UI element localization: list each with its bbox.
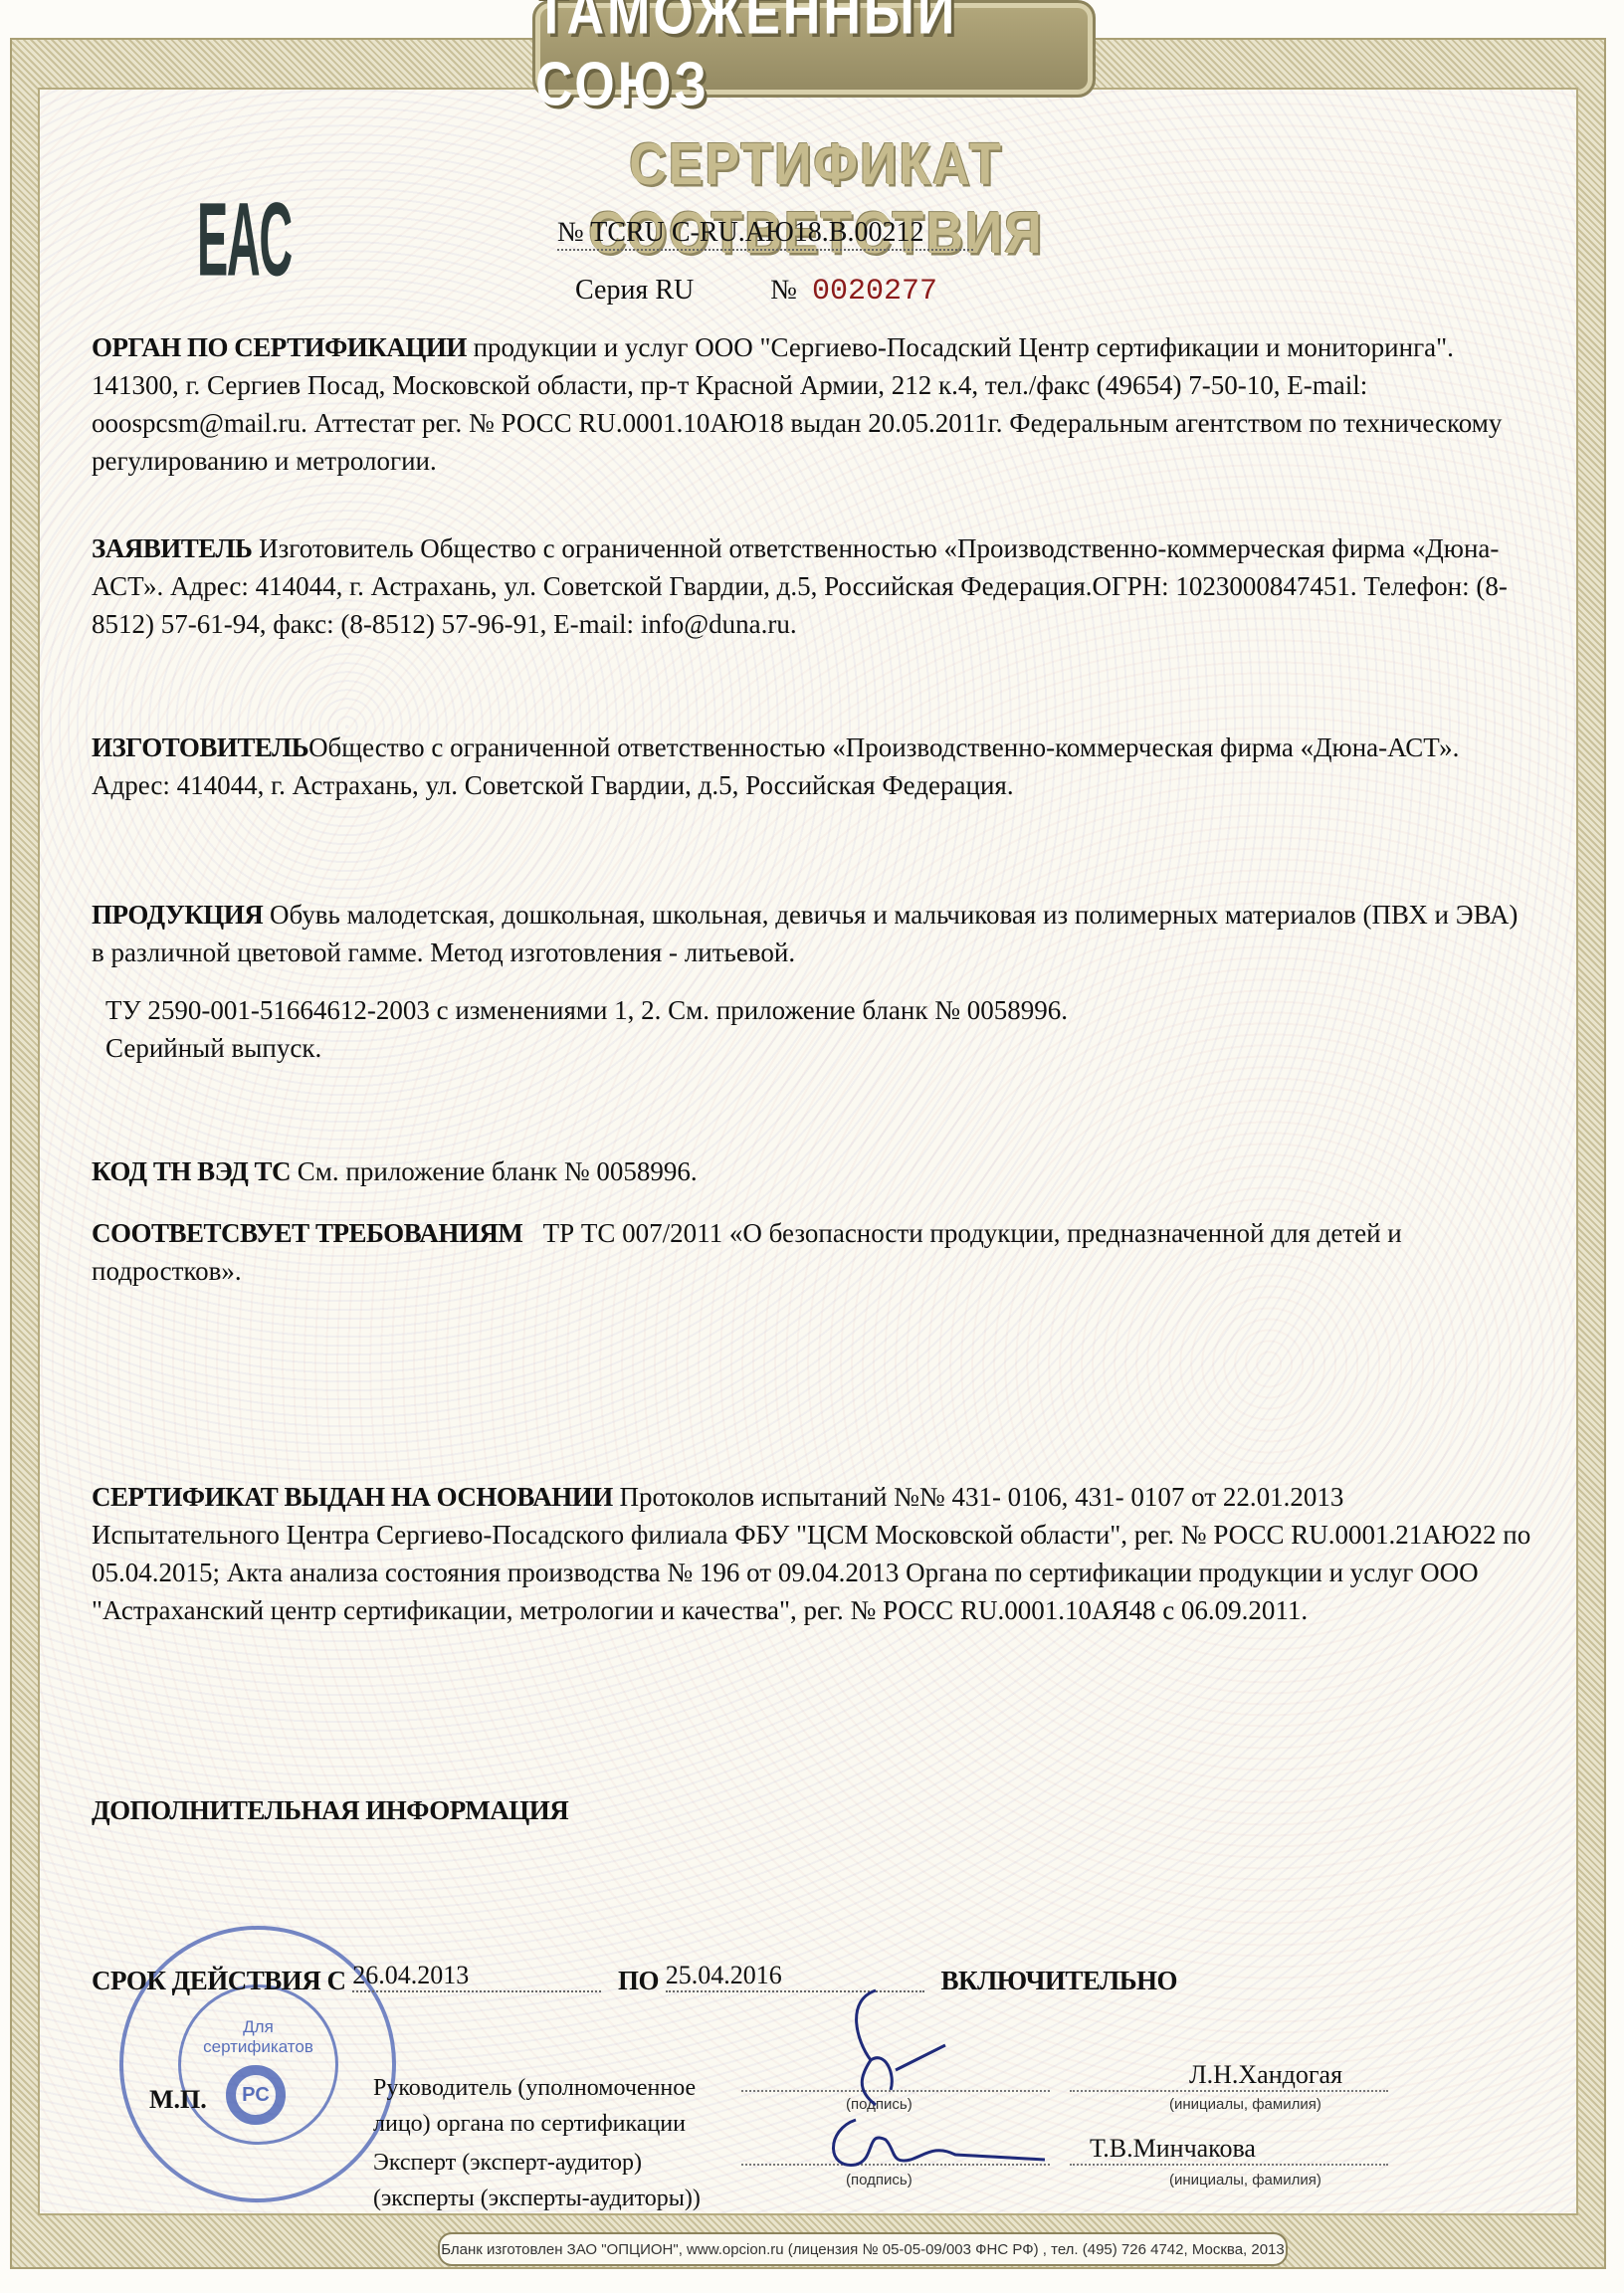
validity-period: СРОК ДЕЙСТВИЯ С 26.04.2013 ПО 25.04.2016… [92, 1966, 1534, 1998]
section-additional-info: ДОПОЛНИТЕЛЬНАЯ ИНФОРМАЦИЯ [92, 1791, 1534, 1829]
series-line: Серия RU № 0020277 [575, 275, 937, 309]
section-product: ПРОДУКЦИЯ Обувь малодетская, дошкольная,… [92, 896, 1534, 1067]
seal-place-label: М.П. [149, 2085, 207, 2115]
head-role-line-2: лицо) органа по сертификации [373, 2106, 696, 2142]
stamp-line-2: сертификатов [181, 2037, 335, 2057]
head-name-line [1070, 2090, 1388, 2092]
blank-number: 0020277 [812, 275, 937, 309]
expert-signature-icon [816, 2110, 1055, 2180]
customs-union-banner: ТАМОЖЕННЫЙ СОЮЗ [532, 0, 1096, 98]
expert-role-line-2: (эксперты (эксперты-аудиторы)) [373, 2181, 701, 2216]
name-caption: (инициалы, фамилия) [1169, 2172, 1321, 2189]
section-label: СЕРТИФИКАТ ВЫДАН НА ОСНОВАНИИ [92, 1482, 613, 1512]
head-role: Руководитель (уполномоченное лицо) орган… [373, 2070, 696, 2142]
head-signature-icon [816, 1980, 995, 2120]
stamp-text: Для сертификатов [181, 2017, 335, 2057]
section-text: Обувь малодетская, дошкольная, школьная,… [92, 900, 1518, 967]
section-label: ЗАЯВИТЕЛЬ [92, 533, 252, 563]
certificate-number: № TCRU C-RU.АЮ18.В.00212 [557, 217, 973, 251]
expert-name-line [1070, 2164, 1388, 2166]
stamp-inner-ring: Для сертификатов PC [178, 1984, 338, 2145]
section-label: ИЗГОТОВИТЕЛЬ [92, 732, 308, 762]
form-printer-footer: Бланк изготовлен ЗАО "ОПЦИОН", www.opcio… [438, 2232, 1288, 2266]
section-label: КОД ТН ВЭД ТС [92, 1156, 291, 1186]
expert-role-line-1: Эксперт (эксперт-аудитор) [373, 2145, 701, 2181]
blank-number-label: № [770, 275, 797, 306]
name-caption: (инициалы, фамилия) [1169, 2096, 1321, 2113]
validity-from-date: 26.04.2013 [352, 1961, 601, 1992]
section-tn-ved-code: КОД ТН ВЭД ТС См. приложение бланк № 005… [92, 1152, 1534, 1190]
product-spec: ТУ 2590-001-51664612-2003 с изменениями … [92, 991, 1534, 1029]
expert-name: Т.В.Минчакова [1090, 2134, 1256, 2164]
validity-from-label: СРОК ДЕЙСТВИЯ С [92, 1966, 346, 1995]
section-label: ПРОДУКЦИЯ [92, 900, 263, 930]
head-role-line-1: Руководитель (уполномоченное [373, 2070, 696, 2106]
section-requirements: СООТВЕТСВУЕТ ТРЕБОВАНИЯМ ТР ТС 007/2011 … [92, 1214, 1534, 1290]
section-text: Изготовитель Общество с ограниченной отв… [92, 533, 1508, 639]
validity-to-label: ПО [618, 1966, 659, 1995]
section-applicant: ЗАЯВИТЕЛЬ Изготовитель Общество с ограни… [92, 529, 1534, 643]
section-text: См. приложение бланк № 0058996. [298, 1156, 698, 1186]
section-basis: СЕРТИФИКАТ ВЫДАН НА ОСНОВАНИИ Протоколов… [92, 1478, 1534, 1629]
section-label: СООТВЕТСВУЕТ ТРЕБОВАНИЯМ [92, 1218, 522, 1248]
section-label: ДОПОЛНИТЕЛЬНАЯ ИНФОРМАЦИЯ [92, 1795, 568, 1825]
series-label: Серия [575, 275, 648, 306]
product-release: Серийный выпуск. [92, 1029, 1534, 1067]
series-value: RU [655, 275, 694, 306]
eac-mark-icon: EAC [197, 181, 292, 300]
section-label: ОРГАН ПО СЕРТИФИКАЦИИ [92, 332, 467, 362]
head-name: Л.Н.Хандогая [1189, 2060, 1342, 2090]
section-certification-body: ОРГАН ПО СЕРТИФИКАЦИИ продукции и услуг … [92, 328, 1534, 480]
banner-text: ТАМОЖЕННЫЙ СОЮЗ [535, 0, 1093, 120]
rosstandart-logo-icon: PC [226, 2065, 286, 2125]
section-manufacturer: ИЗГОТОВИТЕЛЬОбщество с ограниченной отве… [92, 729, 1534, 804]
stamp-line-1: Для [181, 2017, 335, 2037]
expert-role: Эксперт (эксперт-аудитор) (эксперты (экс… [373, 2145, 701, 2216]
